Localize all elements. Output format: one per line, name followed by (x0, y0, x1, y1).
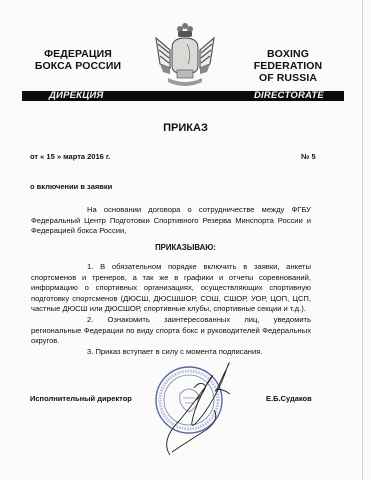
org-name-ru-line1: ФЕДЕРАЦИЯ (28, 48, 128, 60)
order-item-2: 2. Ознакомить заинтересованных лиц, увед… (31, 315, 311, 347)
preamble-paragraph: На основании договора о сотрудничестве м… (31, 205, 311, 237)
org-name-en-line1: BOXING FEDERATION (232, 48, 344, 72)
document-title: ПРИКАЗ (0, 122, 371, 134)
signatory-role: Исполнительный директор (30, 394, 132, 403)
document-number: № 5 (301, 152, 316, 161)
directorate-bar: ДИРЕКЦИЯ DIRECTORATE (22, 91, 344, 101)
org-name-ru-line2: БОКСА РОССИИ (28, 60, 128, 72)
org-name-ru: ФЕДЕРАЦИЯ БОКСА РОССИИ (28, 48, 128, 72)
org-name-en: BOXING FEDERATION OF RUSSIA (232, 48, 344, 84)
federation-emblem-icon (150, 20, 220, 90)
page-edge-line (362, 0, 363, 480)
directorate-label-en: DIRECTORATE (254, 90, 324, 102)
document-subject: о включении в заявки (30, 182, 112, 191)
order-item-3: 3. Приказ вступает в силу с момента подп… (31, 347, 311, 358)
order-item-1: 1. В обязательном порядке включить в зая… (31, 262, 311, 315)
document-date: от « 15 » марта 2016 г. (30, 152, 110, 161)
directorate-label-ru: ДИРЕКЦИЯ (49, 90, 104, 102)
official-stamp-icon (150, 360, 250, 460)
org-name-en-line2: OF RUSSIA (232, 72, 344, 84)
order-items: 1. В обязательном порядке включить в зая… (31, 262, 311, 357)
order-heading: ПРИКАЗЫВАЮ: (0, 243, 371, 252)
signatory-name: Е.Б.Судаков (266, 394, 312, 403)
